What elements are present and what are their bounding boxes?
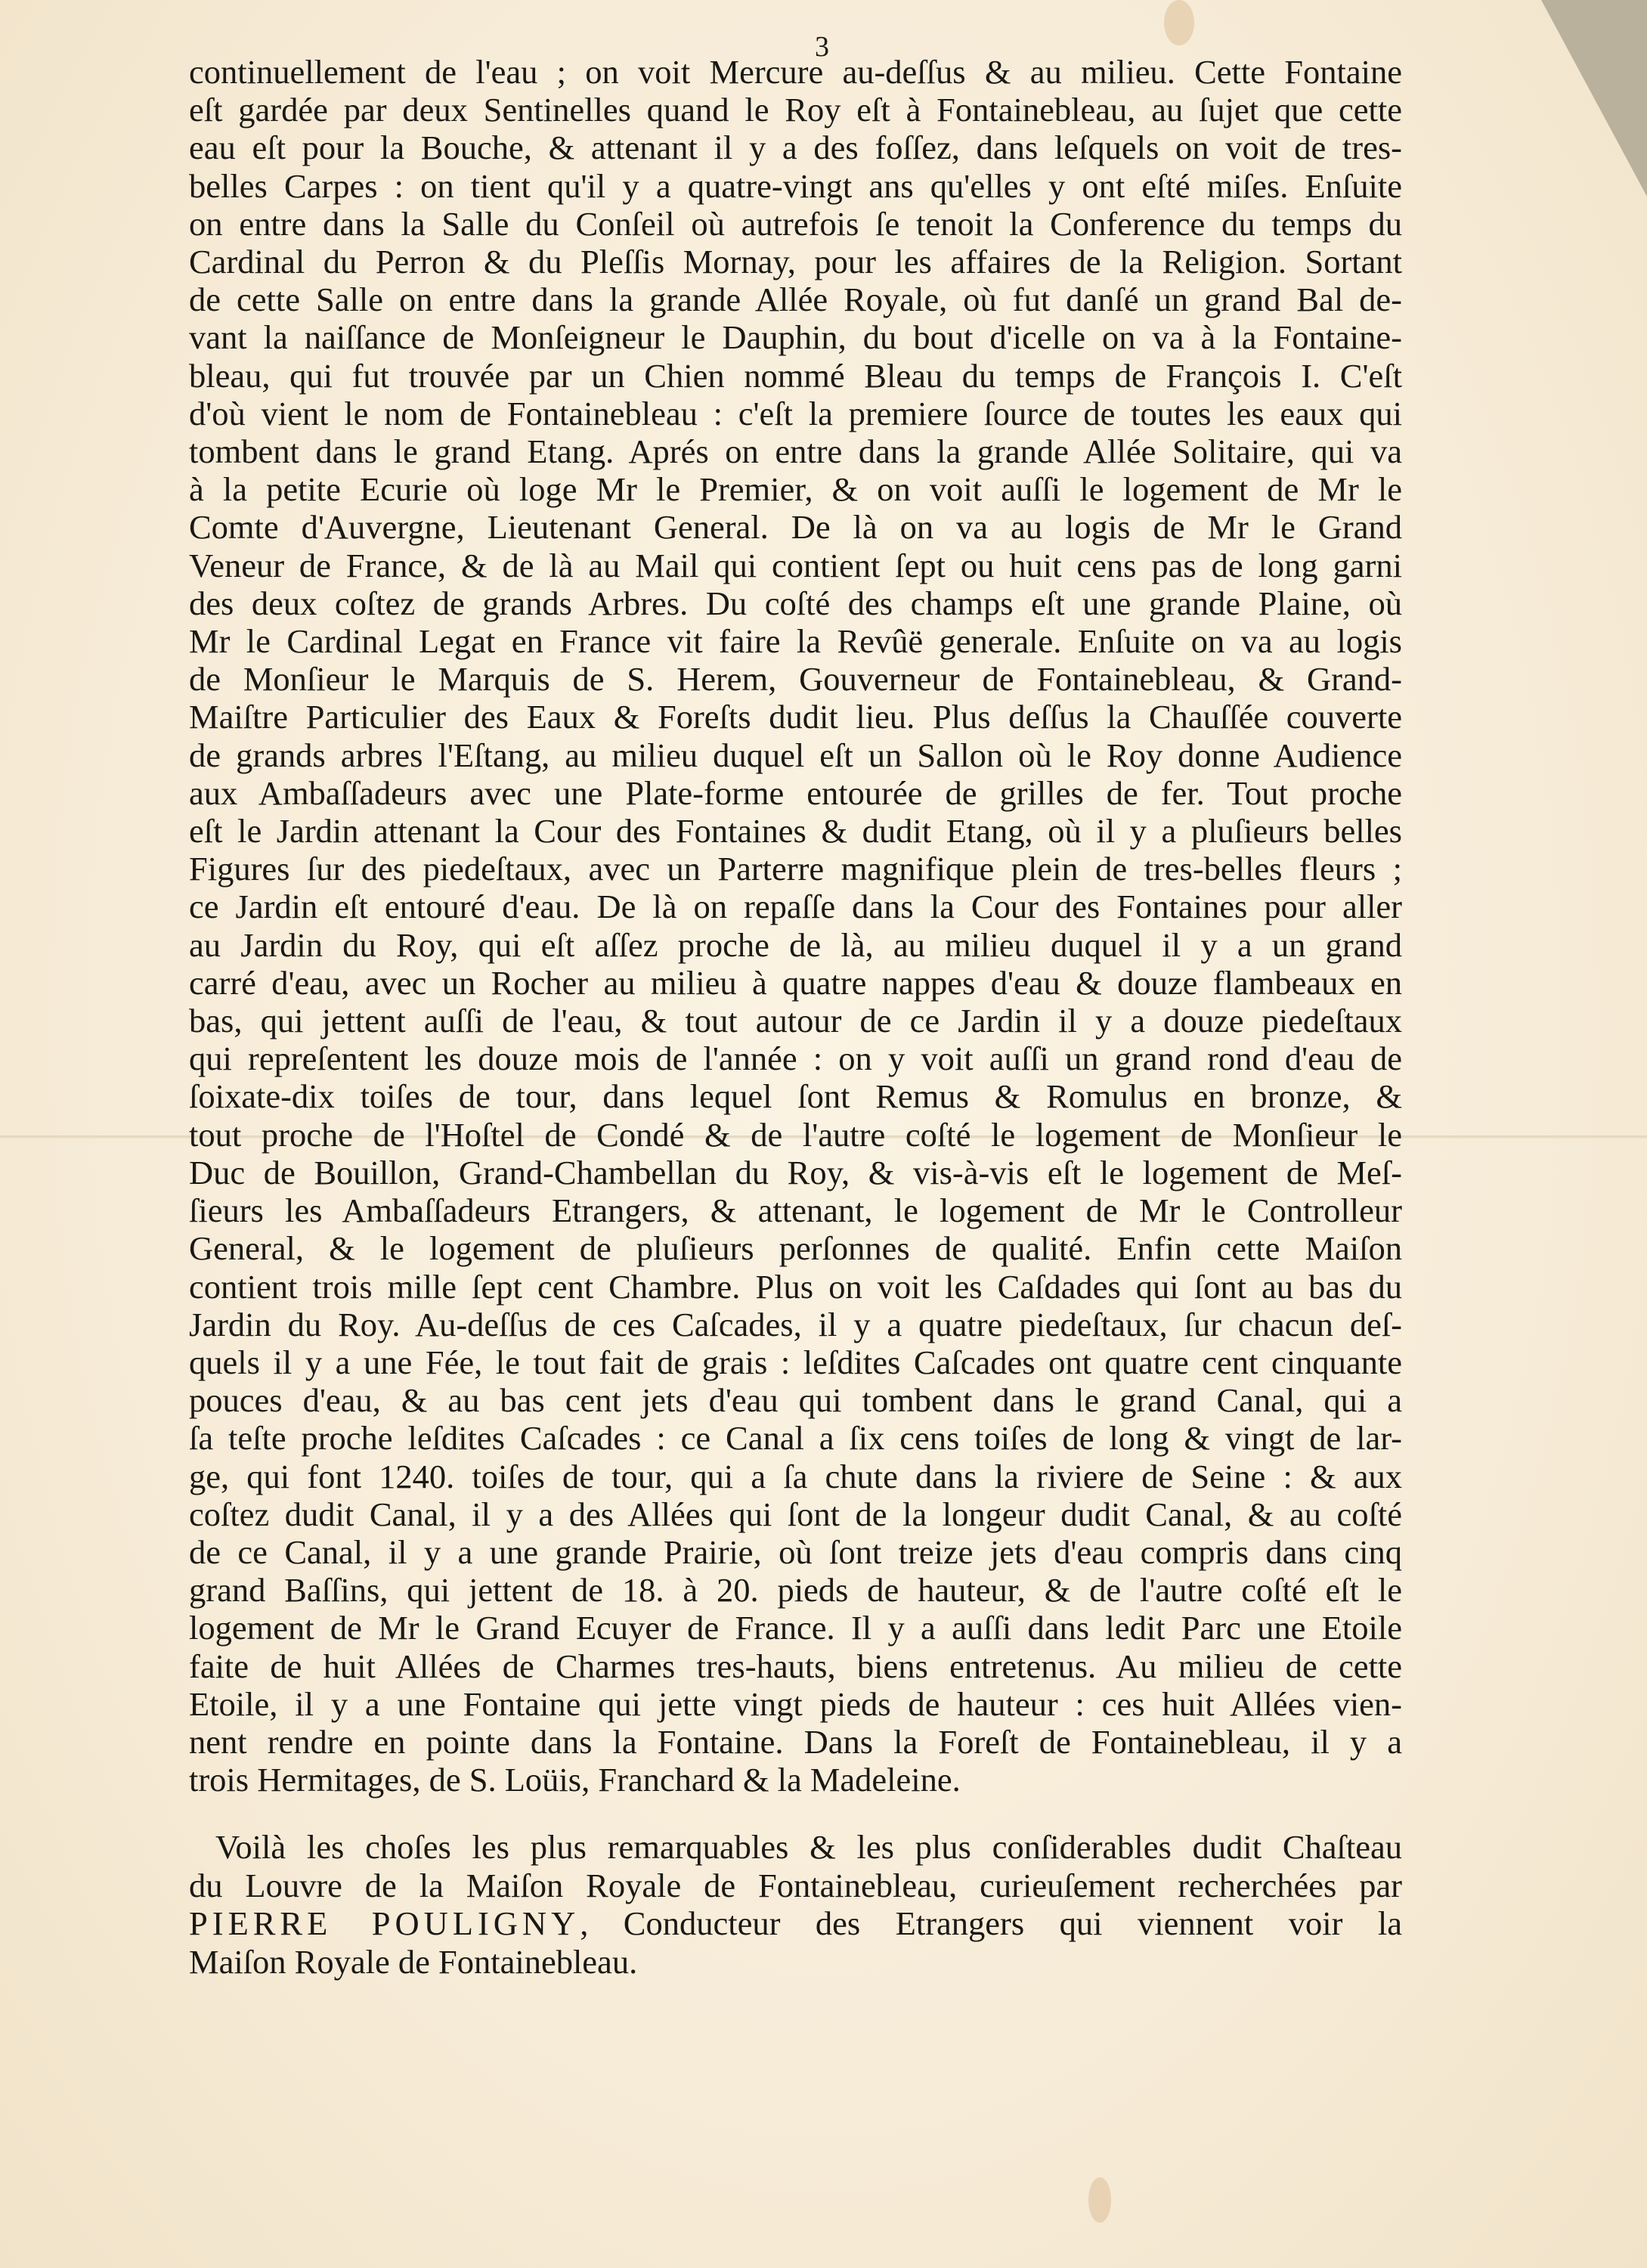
document-page: 3 continuellement de l'eau ; on voit Mer…: [0, 0, 1647, 2268]
body-line: Duc de Bouillon, Grand-Chambellan du Roy…: [189, 1154, 1402, 1191]
body-line: qui repreſentent les douze mois de l'ann…: [189, 1039, 1402, 1077]
body-line: tombent dans le grand Etang. Aprés on en…: [189, 432, 1402, 470]
body-line: carré d'eau, avec un Rocher au milieu à …: [189, 964, 1402, 1002]
body-line: grand Baſſins, qui jettent de 18. à 20. …: [189, 1571, 1402, 1609]
body-line: de ce Canal, il y a une grande Prairie, …: [189, 1533, 1402, 1571]
body-line: ſa teſte proche leſdites Caſcades : ce C…: [189, 1419, 1402, 1457]
body-line: continuellement de l'eau ; on voit Mercu…: [189, 53, 1402, 91]
author-name: PIERRE POULIGNY: [189, 1904, 580, 1942]
folded-corner: [1541, 0, 1647, 197]
body-line: contient trois mille ſept cent Chambre. …: [189, 1268, 1402, 1306]
body-line: Veneur de France, & de là au Mail qui co…: [189, 547, 1402, 584]
closing-line: PIERRE POULIGNY, Conducteur des Etranger…: [189, 1904, 1402, 1943]
body-line: on entre dans la Salle du Conſeil où aut…: [189, 205, 1402, 243]
body-line: Mr le Cardinal Legat en France vit faire…: [189, 622, 1402, 660]
closing-line: du Louvre de la Maiſon Royale de Fontain…: [189, 1867, 1402, 1905]
body-line: coſtez dudit Canal, il y a des Allées qu…: [189, 1495, 1402, 1533]
body-line: vant la naiſſance de Monſeigneur le Daup…: [189, 318, 1402, 356]
body-line: ce Jardin eſt entouré d'eau. De là on re…: [189, 888, 1402, 925]
body-line: de cette Salle on entre dans la grande A…: [189, 280, 1402, 318]
body-line: eau eſt pour la Bouche, & attenant il y …: [189, 129, 1402, 166]
closing-line: Maiſon Royale de Fontainebleau.: [189, 1943, 1402, 1981]
paper-stain: [1164, 0, 1194, 45]
body-line: logement de Mr le Grand Ecuyer de France…: [189, 1609, 1402, 1647]
body-line: au Jardin du Roy, qui eſt aſſez proche d…: [189, 926, 1402, 964]
body-line: ge, qui font 1240. toiſes de tour, qui a…: [189, 1458, 1402, 1495]
body-line: quels il y a une Fée, le tout fait de gr…: [189, 1343, 1402, 1381]
body-line: Figures ſur des piedeſtaux, avec un Part…: [189, 850, 1402, 888]
closing-line-rest: , Conducteur des Etrangers qui viennent …: [580, 1904, 1402, 1942]
body-line: d'où vient le nom de Fontainebleau : c'e…: [189, 395, 1402, 432]
body-line: pouces d'eau, & au bas cent jets d'eau q…: [189, 1381, 1402, 1419]
body-text: continuellement de l'eau ; on voit Mercu…: [189, 53, 1402, 1799]
paper-stain: [1088, 2177, 1111, 2223]
body-line: bleau, qui fut trouvée par un Chien nomm…: [189, 357, 1402, 395]
body-line: bas, qui jettent auſſi de l'eau, & tout …: [189, 1002, 1402, 1039]
body-line: Jardin du Roy. Au-deſſus de ces Caſcades…: [189, 1306, 1402, 1343]
body-line: eſt gardée par deux Sentinelles quand le…: [189, 91, 1402, 129]
body-line: des deux coſtez de grands Arbres. Du coſ…: [189, 584, 1402, 622]
body-line: aux Ambaſſadeurs avec une Plate-forme en…: [189, 774, 1402, 812]
body-line: Comte d'Auvergne, Lieutenant General. De…: [189, 508, 1402, 546]
body-line: Etoile, il y a une Fontaine qui jette vi…: [189, 1685, 1402, 1723]
body-line: Cardinal du Perron & du Pleſſis Mornay, …: [189, 243, 1402, 280]
body-line: de Monſieur le Marquis de S. Herem, Gouv…: [189, 660, 1402, 698]
body-line: nent rendre en pointe dans la Fontaine. …: [189, 1723, 1402, 1761]
body-line: eſt le Jardin attenant la Cour des Fonta…: [189, 812, 1402, 850]
body-line: Maiſtre Particulier des Eaux & Foreſts d…: [189, 698, 1402, 736]
body-line: faite de huit Allées de Charmes tres-hau…: [189, 1647, 1402, 1685]
body-line: ſieurs les Ambaſſadeurs Etrangers, & att…: [189, 1191, 1402, 1229]
body-line: tout proche de l'Hoſtel de Condé & de l'…: [189, 1116, 1402, 1154]
body-line: trois Hermitages, de S. Loüis, Franchard…: [189, 1761, 1402, 1799]
body-line: de grands arbres l'Eſtang, au milieu duq…: [189, 736, 1402, 774]
body-line: General, & le logement de pluſieurs perſ…: [189, 1229, 1402, 1267]
closing-paragraph: Voilà les choſes les plus remarquables &…: [189, 1828, 1402, 1981]
body-line: à la petite Ecurie où loge Mr le Premier…: [189, 470, 1402, 508]
closing-line: Voilà les choſes les plus remarquables &…: [189, 1828, 1402, 1867]
body-line: ſoixate-dix toiſes de tour, dans lequel …: [189, 1077, 1402, 1115]
body-line: belles Carpes : on tient qu'il y a quatr…: [189, 167, 1402, 205]
